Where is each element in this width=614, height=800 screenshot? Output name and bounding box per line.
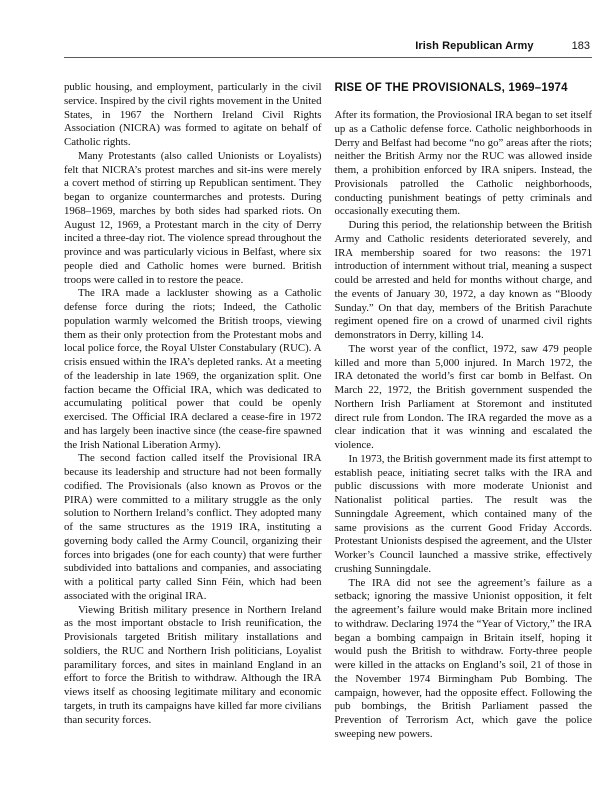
paragraph: Many Protestants (also called Unionists …: [64, 150, 322, 288]
page-content: Irish Republican Army 183 public housing…: [64, 40, 592, 742]
left-column: public housing, and employment, particul…: [64, 81, 322, 742]
paragraph: The worst year of the conflict, 1972, sa…: [335, 343, 593, 453]
running-head-title: Irish Republican Army: [415, 40, 533, 52]
two-column-layout: public housing, and employment, particul…: [64, 81, 592, 742]
page-number: 183: [572, 40, 590, 52]
right-column: RISE OF THE PROVISIONALS, 1969–1974 Afte…: [335, 81, 593, 742]
paragraph: During this period, the relationship bet…: [335, 219, 593, 343]
paragraph: The second faction called itself the Pro…: [64, 452, 322, 603]
paragraph: Viewing British military presence in Nor…: [64, 604, 322, 728]
paragraph: The IRA did not see the agreement’s fail…: [335, 577, 593, 742]
paragraph: After its formation, the Proviosional IR…: [335, 109, 593, 219]
paragraph: In 1973, the British government made its…: [335, 453, 593, 577]
paragraph: The IRA made a lackluster showing as a C…: [64, 287, 322, 452]
book-page: Irish Republican Army 183 public housing…: [0, 0, 614, 800]
paragraph-continuation: public housing, and employment, particul…: [64, 81, 322, 150]
running-head: Irish Republican Army 183: [64, 40, 592, 58]
section-heading: RISE OF THE PROVISIONALS, 1969–1974: [335, 81, 593, 95]
